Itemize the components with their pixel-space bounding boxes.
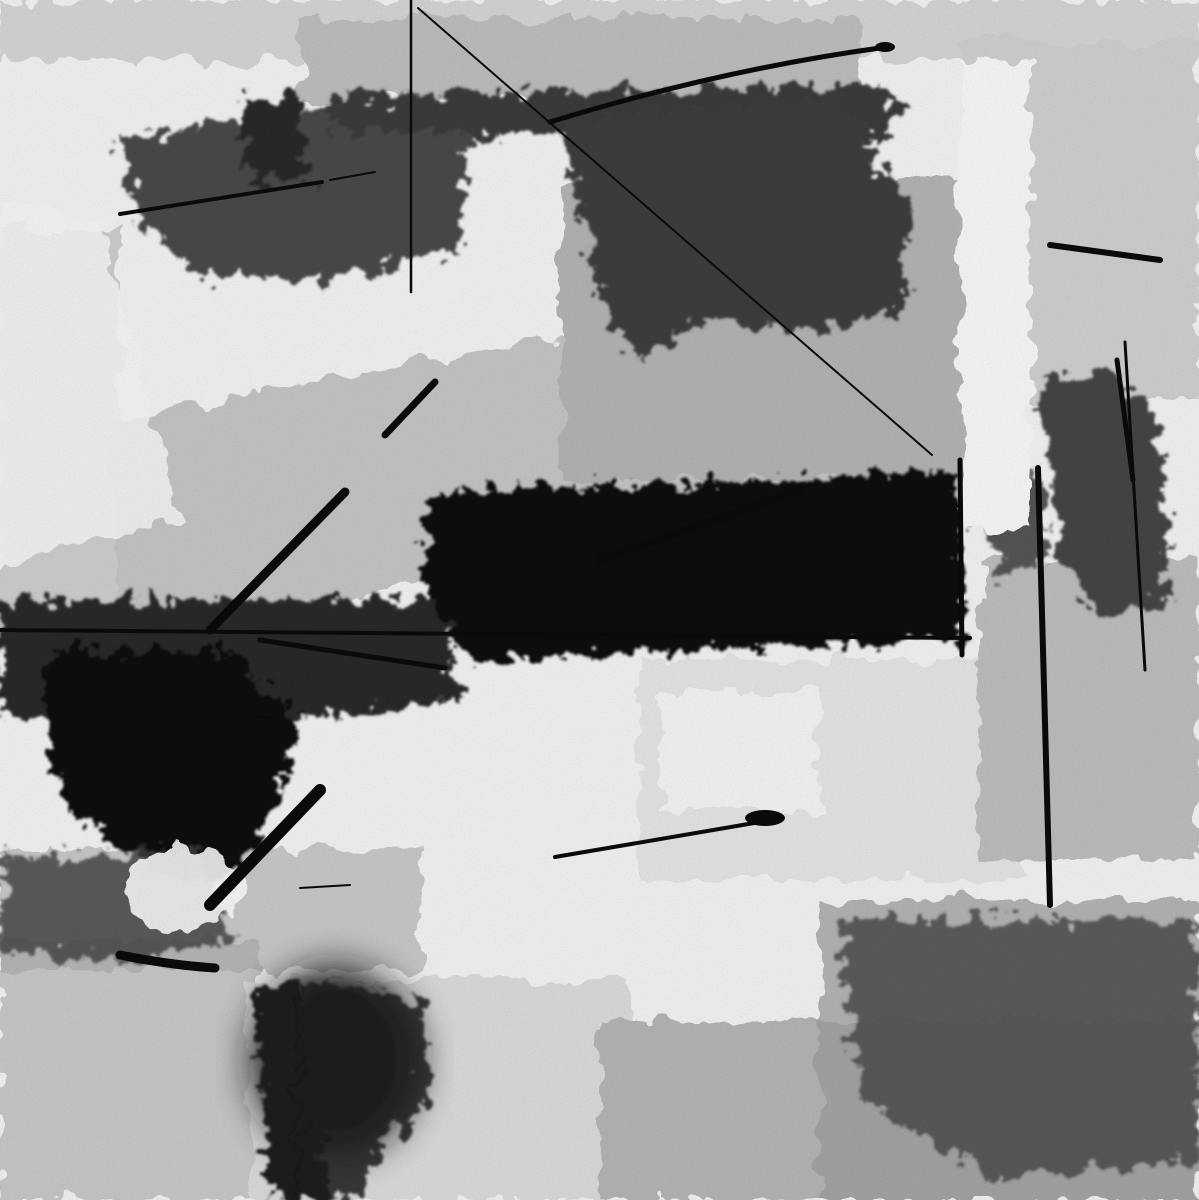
abstract-painting bbox=[0, 0, 1199, 1200]
canvas-base bbox=[0, 0, 1199, 1200]
